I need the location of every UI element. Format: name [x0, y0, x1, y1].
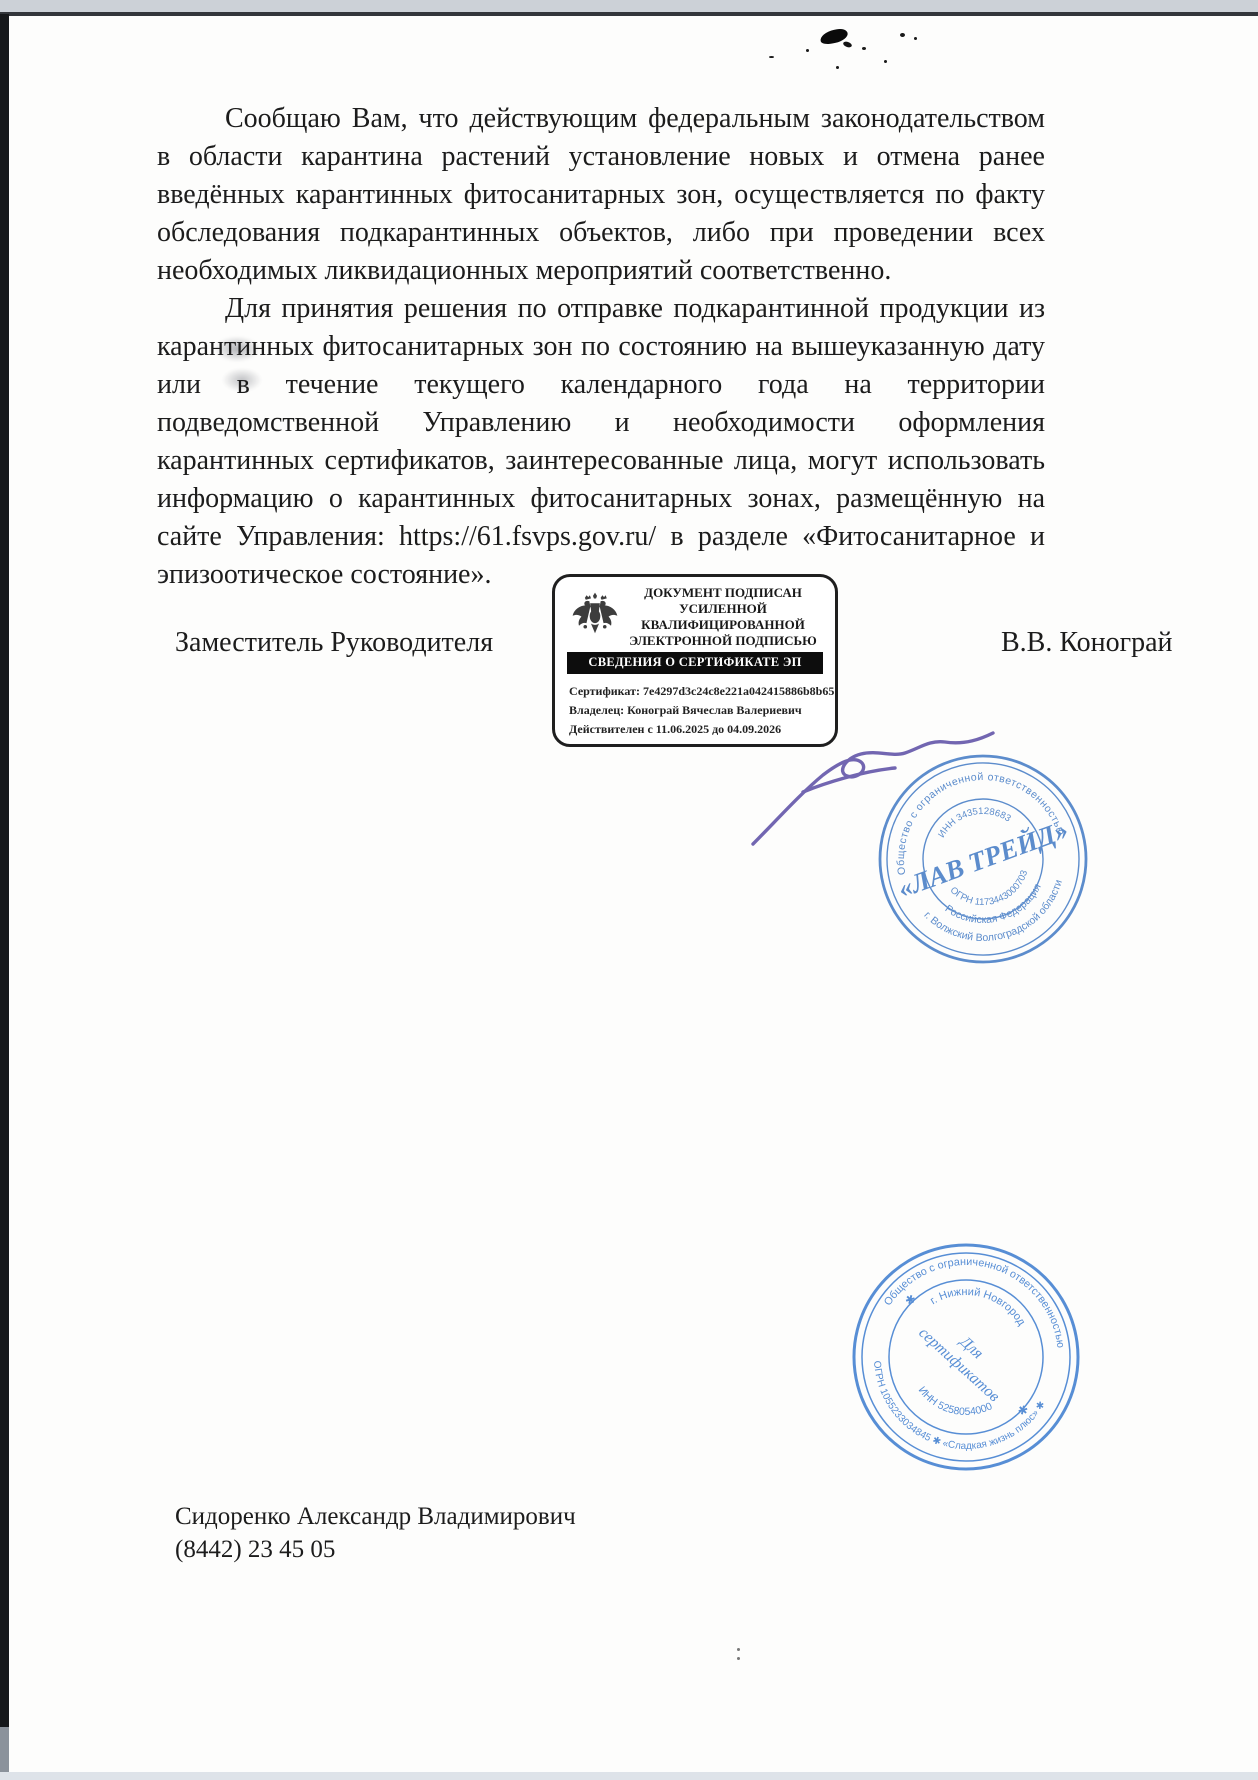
russian-coat-of-arms-icon — [569, 590, 621, 644]
esign-title-line2: УСИЛЕННОЙ КВАЛИФИЦИРОВАННОЙ — [621, 601, 825, 633]
paragraph-1: Сообщаю Вам, что действующим федеральным… — [157, 100, 1045, 290]
ink-speck — [862, 47, 866, 50]
esign-header: ДОКУМЕНТ ПОДПИСАН УСИЛЕННОЙ КВАЛИФИЦИРОВ… — [555, 577, 835, 649]
esign-title-line1: ДОКУМЕНТ ПОДПИСАН — [621, 585, 825, 601]
letter-body: Сообщаю Вам, что действующим федеральным… — [157, 100, 1045, 594]
ink-speck — [836, 66, 839, 69]
scan-edge-left — [0, 14, 9, 1727]
scanned-letter-page: Сообщаю Вам, что действующим федеральным… — [0, 0, 1258, 1780]
certificate-number: Сертификат: 7e4297d3c24c8e221a042415886b… — [569, 682, 835, 701]
paragraph-2: Для принятия решения по отправке подкара… — [157, 290, 1045, 594]
esign-title: ДОКУМЕНТ ПОДПИСАН УСИЛЕННОЙ КВАЛИФИЦИРОВ… — [621, 585, 825, 649]
ink-smudge — [842, 41, 852, 49]
esign-certificate-bar: СВЕДЕНИЯ О СЕРТИФИКАТЕ ЭП — [567, 652, 823, 674]
footer-contact: Сидоренко Александр Владимирович (8442) … — [175, 1500, 576, 1566]
stamp2-star: ✱ — [904, 1292, 917, 1308]
scan-edge-top-line — [0, 12, 1258, 16]
ink-speck — [806, 49, 809, 52]
signer-job-title: Заместитель Руководителя — [175, 627, 493, 659]
signer-name: В.В. Конограй — [1001, 627, 1173, 659]
esign-title-line3: ЭЛЕКТРОННОЙ ПОДПИСЬЮ — [621, 633, 825, 649]
ink-speck — [769, 56, 774, 58]
ink-speck — [900, 33, 905, 37]
stamp-outer-ring — [852, 1243, 1080, 1471]
ink-speck — [884, 60, 887, 63]
ink-speck — [737, 1648, 740, 1651]
contact-phone: (8442) 23 45 05 — [175, 1533, 576, 1566]
scan-edge-top — [0, 0, 1258, 12]
ink-speck — [914, 37, 917, 40]
round-stamp-sladkaya-zhizn: Общество с ограниченной ответственностью… — [852, 1243, 1080, 1471]
handwritten-signature — [745, 712, 1015, 857]
scan-edge-bottom — [0, 1772, 1258, 1780]
contact-name: Сидоренко Александр Владимирович — [175, 1500, 576, 1533]
